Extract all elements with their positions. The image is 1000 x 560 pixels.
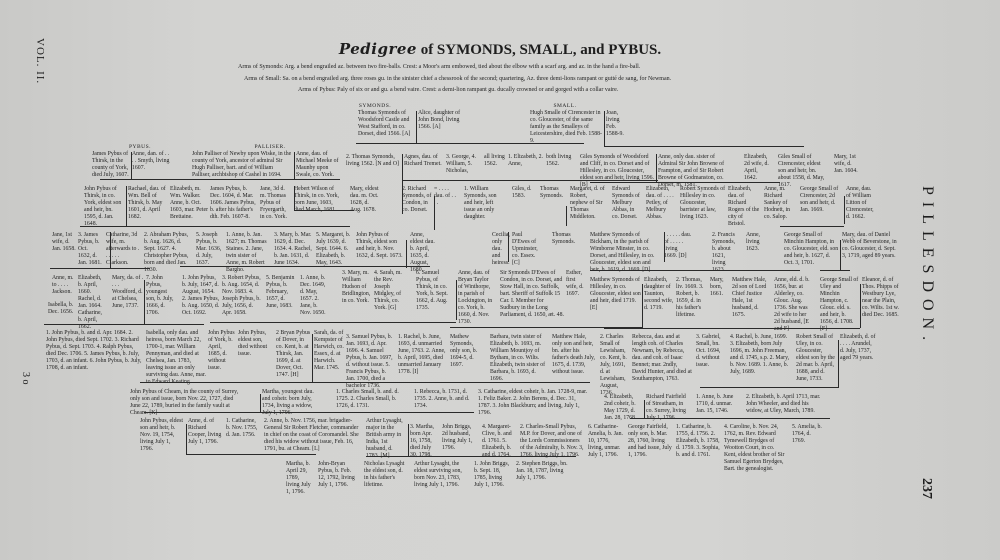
header-symonds: SYMONDS.	[345, 103, 405, 109]
entry-john-palliser: John Palliser of Newby upon Wiske, in th…	[192, 151, 292, 179]
entry-elizabeth-taunton: Elizabeth, daughter of Taunton, second w…	[644, 277, 674, 312]
entry-nicholas-lysaght: Nicholas Lysaght the eldest son, d. in h…	[364, 461, 406, 489]
arms-small: Arms of Small: Sa. on a bend engrailed a…	[244, 76, 671, 82]
descent-line	[312, 334, 313, 382]
sibling-line	[780, 226, 844, 227]
sibling-line	[590, 182, 780, 183]
entry-george-william-nicholas: 3. George, 4. William, 5. Nicholas,	[446, 154, 482, 175]
entry-joseph-pybus: 5. Joseph Pybus, b. Mar. 1636, d. July, …	[196, 232, 222, 267]
entry-anne-cooper: Anne, d. of Richard Cooper, living July …	[188, 418, 222, 446]
entry-pybus-children: 1. John Pybus, b. and d. Apr. 1684. 2. J…	[46, 330, 144, 372]
sibling-line	[630, 418, 830, 419]
descent-line	[840, 240, 841, 270]
sibling-line	[356, 143, 584, 144]
entry-elizabeth-rogers: Elizabeth, dau. of Richard Rogers of the…	[728, 186, 760, 228]
descent-line	[294, 186, 295, 210]
entry-mary-webb: Mary, dau. of Daniel Webb of Beverstone,…	[842, 232, 898, 260]
entry-elizabeth-arundel: Elizabeth, d. of . . . . Arundel, d. Jul…	[840, 334, 876, 362]
entry-anne-meeke: Anne, dau. of Michael Meeke of Maunby up…	[296, 151, 344, 179]
entry-anne-litton: Anne, dau. of William Litton of Cirences…	[846, 186, 874, 221]
descent-line	[860, 284, 861, 328]
entry-anne-fletcher: 2. Anne, b. Nov. 1756, mar. brigadier-Ge…	[264, 418, 364, 453]
sibling-line	[210, 322, 456, 323]
entry-james-pybus-2: 3. James Pybus, b. Oct. 1632, d. Jan. 16…	[78, 232, 102, 267]
descent-line	[508, 232, 509, 262]
entry-elizabeth-petley: Elizabeth, dau. of . . . . Petley, of Me…	[646, 186, 676, 221]
entry-thomas-robert: 2. Thomas, liv. 1669. 3. Robert, b. 1659…	[676, 277, 706, 319]
descent-line	[260, 394, 261, 412]
entry-thomas-symonds-4: Thomas Symonds.	[552, 232, 572, 246]
sibling-line	[144, 412, 474, 413]
entry-george-small-1: George Small of Cirencester, 2d son and …	[800, 186, 844, 214]
descent-line	[416, 111, 417, 143]
entry-anne-eld: Anne, eld. d. b. 1656, bur. at Alderley,…	[774, 277, 810, 333]
descent-line	[642, 284, 643, 328]
entry-amelia: 5. Amelia, b. 1764, d. 1769.	[792, 424, 822, 445]
header-pybus: PYBUS.	[110, 144, 170, 150]
sibling-line	[604, 328, 860, 329]
entry-george-fairfield: George Fairfield, only son, b. Mar. 28, …	[628, 424, 672, 459]
entry-mathew-symonds: Mathew Symonds, only son, b. 1694-5, d. …	[450, 334, 484, 369]
entry-mary-1st: Mary, 1st wife, d. Jan. 1604.	[834, 154, 860, 175]
entry-anne-jackson: Anne, m. to . . . . Jackson.	[52, 275, 74, 296]
entry-mary-born: Mary, born, 1661.	[710, 277, 728, 298]
descent-line	[402, 154, 403, 214]
entry-james-pybus-b: James Pybus, b. Dec. 1604, d. Mar. 1606.…	[210, 186, 256, 221]
arms-symonds: Arms of Symonds: Arg. a bend engrailed a…	[238, 64, 640, 70]
sibling-line	[590, 270, 800, 271]
entry-catharine-3d: Catharine, 3d wife, m. afterwards to . .…	[106, 232, 140, 267]
entry-catharine-amelia: 6. Catharine-Amelia, b. Jan. 10, 1776, l…	[588, 424, 624, 459]
entry-giles-symonds: Giles Symonds of Woodsford and Cliff, in…	[580, 154, 656, 189]
entry-all-living: all living 1562.	[484, 154, 506, 168]
descent-line	[838, 340, 839, 388]
entry-elizabeth-rachel: Elizabeth, b. April, 1660. Rachel, d. Ja…	[78, 275, 106, 331]
entry-both-living: both living 1562.	[546, 154, 576, 168]
entry-gabriel-small: 3. Gabriel, Small, bn. Oct. 1694, d. wit…	[696, 334, 726, 369]
entry-giles-d: Giles, d. 1583.	[512, 186, 536, 200]
descent-line	[186, 424, 187, 454]
entry-anne-taylor: Anne, dau. of Bryan Taylor of Winthorpe,…	[458, 270, 494, 326]
entry-anne-june: 1. Anne, b. June 1710, d. unmar. Jan. 15…	[696, 394, 740, 415]
entry-catharine-coheir: 3. Catharine, eldest coheir, b. Jan. 172…	[478, 389, 588, 417]
entry-agnes-tremet: Agnes, dau. of Richard Tremet.	[404, 154, 442, 168]
entry-charles-small: 2. Charles Small of Lewisham, co. Kent, …	[600, 334, 630, 397]
sibling-line	[366, 456, 576, 457]
entry-mary-eldest: Mary, eldest dau. m. Oct. 1628, d. Aug. …	[350, 186, 380, 214]
entry-john-pybus-eldest-heir: John Pybus, eldest son and heir, b. Nov.…	[140, 418, 184, 453]
entry-anne-jane-b: 1. Anne, b. Dec. 1649, d. May, 1657. 2. …	[300, 275, 328, 317]
entry-margaret-d: Margaret, d. of Robert, nephew of Sir Th…	[570, 186, 606, 221]
entry-barbara-twin: Barbara, twin sister of Elizabeth, b. 16…	[490, 334, 546, 383]
descent-line	[131, 152, 132, 180]
descent-line	[294, 152, 295, 180]
entry-isabella-heiress: Isabella, only dau. and heiress, born Ma…	[146, 330, 206, 386]
entry-anne-smyth: Anne, dan. of . . . . Smyth, living 1607…	[132, 151, 170, 172]
entry-arthur-lysaght-surviving: Arthur Lysaght, the eldest surviving son…	[414, 461, 470, 489]
entry-joan: Joan, living Feb. 1588-9.	[606, 110, 630, 138]
entry-mary-woodford: Mary, da. of . . . . Woodford, d. at Che…	[112, 275, 144, 310]
entry-thomas-symonds-3: Thomas Symonds.	[540, 186, 566, 200]
entry-rachel-elizabeth-mary: 4. Rachel, b. June, 1699. 3. Elizabeth, …	[730, 334, 790, 376]
entry-esther-first: Esther, first wife, d. 1697.	[566, 270, 586, 298]
descent-line	[126, 186, 127, 226]
entry-anne-jane-twin: 1. Anne, b. Jan. 1627; m. Thomas Staines…	[226, 232, 270, 274]
entry-dau-of: = . . . . dau. of . . . .	[434, 186, 458, 207]
sibling-line	[186, 454, 316, 455]
descent-line	[406, 240, 407, 268]
entry-elizabeth-walker: Elizabeth, m. Wm. Walker. Anne, b. Oct. …	[170, 186, 208, 221]
entry-anne-living: Anne, living 1623.	[746, 232, 766, 253]
entry-matthew-hale-2d: Matthew Hale, 2d son of Lord Chief Justi…	[732, 277, 772, 319]
arms-pybus: Arms of Pybus: Paly of six or and gu. a …	[298, 87, 618, 93]
sibling-line	[604, 146, 804, 147]
entry-arthur-lysaght-major: Arthur Lysaght, major in the British arm…	[366, 418, 406, 460]
descent-line	[456, 280, 457, 320]
entry-robert-joseph-pybus: 3. Robert Pybus, b. Aug. 1654, d. Nov. 1…	[222, 275, 262, 317]
descent-line	[644, 400, 645, 418]
entry-hugh-smalle: Hugh Smalle of Cirencester in co. Glouce…	[530, 110, 604, 145]
entry-sir-symonds-dewes: Sir Symonds D'Ewes of Condon, in co. Dor…	[500, 270, 564, 319]
entry-charles-small-pybus: 2. Charles-Small Pybus, M.P. for Dover, …	[520, 424, 584, 459]
descent-line	[110, 232, 111, 268]
descent-line	[408, 424, 409, 456]
entry-mary-rachel: 3. Mary, b. Mar. 1629, d. Dec. 1634. 4. …	[274, 232, 312, 267]
descent-line	[144, 280, 145, 324]
entry-anne-sankey: Anne, m. Richard Sankey of Hodnett, in c…	[764, 186, 792, 221]
entry-john-pybus-thirsk: John Pybus of Thirsk, in co. York, eldes…	[84, 186, 124, 228]
entry-caroline-brydges: 4. Caroline, b. Nov. 24, 1762, m. Rev. E…	[724, 424, 788, 473]
page-title: Pedigree of SYMONDS, SMALL, and PYBUS.	[0, 40, 1000, 59]
sibling-line	[44, 324, 204, 325]
sibling-line	[180, 266, 430, 267]
descent-line	[664, 232, 665, 262]
entry-samuel-pybus: 6. Samuel Pybus, of Thirsk, in co. York,…	[416, 270, 454, 312]
entry-margaret-elizabeth: 5. Margaret, b. July 1639, d. Sept. 1644…	[316, 232, 352, 267]
entry-george-small-uley: George Small of Uley and Minchin Hampton…	[820, 277, 860, 333]
entry-catharine-1755: 1. Catharine, b. Nov. 1755, d. Jan. 1756…	[226, 418, 260, 439]
header-small: SMALL.	[535, 103, 595, 109]
sibling-line	[700, 387, 838, 388]
entry-matthew-symonds-bick: Matthew Symonds of Bickham, in the paris…	[590, 232, 662, 274]
entry-elizabeth-2d: Elizabeth, 2d wife, d. April, 1642.	[744, 154, 770, 182]
entry-stephen-briggs: 2. Stephen Briggs, bn. Jan. 18, 1787, li…	[516, 461, 568, 482]
entry-john-briggs: John Briggs, 2d husband, living July 1, …	[442, 424, 476, 452]
entry-george-small-min: George Small of Minchin Hampton, in co. …	[784, 232, 840, 267]
descent-line	[604, 111, 605, 147]
page-number: 237	[918, 478, 934, 499]
title-prefix: Pedigree	[339, 40, 417, 58]
entry-elizabeth-wheeler: 2. Elizabeth, b. April 1713, mar. John W…	[746, 394, 822, 415]
entry-john-bryan-pybus: John-Bryan Pybus, b. Feb. 12, 1792, livi…	[318, 461, 358, 489]
entry-anne-eldest-dau: Anne, eldest dau. b. April, 1635, d. Aug…	[410, 232, 438, 274]
descent-line	[434, 196, 435, 230]
entry-benjamin-pybus: 5. Benjamin Pybus, b. February, 1657, d.…	[266, 275, 296, 310]
entry-sarah-midgley: 4. Sarah, m. the Rev. Joseph Midgley, of…	[374, 270, 404, 312]
entry-alice-bond: Alice, daughter of John Bond, living 156…	[418, 110, 466, 131]
entry-john-pybus-eldest-son: John Pybus, eldest son, died without iss…	[238, 330, 272, 358]
signature-mark: 3 o	[20, 372, 31, 385]
entry-paul-dewes: Paul D'Ewes of Upminster, co. Essex. [C]	[512, 232, 538, 267]
sibling-line	[402, 180, 658, 181]
entry-dau-of-living: . . . . . . dau. of . . . . . living 166…	[664, 232, 692, 260]
entry-thomas-symonds-1: Thomas Symonds of Woodsford Castle and W…	[358, 110, 414, 138]
entry-robert-small-uley: Robert Small of Uley, in co. Gloucester,…	[796, 334, 836, 383]
entry-robert-symonds: Robert Symonds of Hillesley in co. Glouc…	[680, 186, 726, 221]
entry-john-pybus-youngest: 7. John Pybus, youngest son, b. July, 16…	[146, 275, 176, 317]
entry-abraham-pybus: 2. Abraham Pybus, b. Aug. 1626, d. Sept.…	[144, 232, 192, 274]
entry-charles-small-2: 1. Charles Small, b. and. d. 1725. 2. Ch…	[336, 389, 400, 410]
entry-elizabeth-anne: 1. Elizabeth, 2. Anne,	[508, 154, 544, 168]
title-rest: of SYMONDS, SMALL, and PYBUS.	[421, 42, 661, 58]
entry-richard-symonds: 2. Richard Symonds, of Condon, in co. Do…	[402, 186, 432, 214]
entry-john-pybus-1647: 1. John Pybus, b. July, 1647, d. August,…	[182, 275, 220, 317]
entry-anne-browne: Anne, only dau. sister of Admiral Sir Jo…	[658, 154, 734, 189]
entry-rebecca-anne: 1. Rebecca, b. 1731, d. 1735. 2. Anne, b…	[414, 389, 470, 410]
sibling-line	[140, 382, 590, 383]
entry-martha-1758: 3. Martha, born Apr. 16, 1758, died July…	[410, 424, 438, 459]
entry-bryan-pybus: 2 Bryan Pybus of Dover, in co. Kent, b. …	[276, 330, 312, 379]
entry-jane-3d: Jane, 3d d. m. Thomas Pybus of Fryergart…	[260, 186, 290, 221]
entry-mary-hudson: 3. Mary, m. William Hudson of Bridlingto…	[342, 270, 370, 305]
entry-rachael-bell: Rachael, dau. of Wm. Bell of Thirsk, b. …	[128, 186, 166, 221]
entry-margaret-clive: 4. Margaret-Clive, b. and d. 1761. 5. El…	[482, 424, 516, 459]
document-page: VOL. II. 3 o PILLESDON. 237 Pedigree of …	[0, 0, 1000, 560]
entry-rachel-anne: 1. Rachel, b. June, 1693, d. unmarried J…	[398, 334, 446, 376]
entry-francis-symonds: 2. Francis Symonds, b. about 1621, livin…	[712, 232, 740, 274]
sibling-line	[294, 210, 354, 211]
entry-john-pybus-york: John Pybus of York, b. April, 1685, d. w…	[208, 330, 236, 372]
descent-line	[844, 196, 845, 224]
entry-edward-symonds: Edward Symonds of Melbury Abbas, in co. …	[612, 186, 642, 221]
descent-line	[566, 206, 567, 226]
entry-giles-small: Giles Small of Cirencester, eldest son a…	[778, 154, 828, 189]
header-palliser: PALLISER.	[240, 144, 300, 150]
place-heading: PILLESDON.	[918, 186, 936, 347]
entry-rebecca-newman: Rebecca, dau. and at length coh. of Char…	[632, 334, 692, 383]
entry-martha-1789: Martha, b. April 29, 1789, living July 1…	[286, 461, 312, 496]
entry-matthew-symonds-hil: Matthew Symonds of Hillesley, in co. Glo…	[590, 277, 642, 312]
sibling-line	[100, 179, 340, 180]
entry-catharine-elizabeth-sophia: 1. Catharine, b. 1755, d. 1756. 2. Eliza…	[676, 424, 720, 459]
entry-jane-1st-wife: Jane, 1st wife, d. Jan. 1658.	[52, 232, 76, 253]
entry-james-pybus: James Pybus of Thirsk, in the county of …	[92, 151, 130, 179]
entry-john-briggs-1785: 1. John Briggs, b. Sept. 18, 1785, livin…	[474, 461, 512, 489]
entry-eleanor-phipps: Eleanor, d. of Thos. Phipps of Westbury …	[862, 277, 902, 319]
entry-john-pybus-eldest: John Pybus of Thirsk, eldest son and hei…	[356, 232, 406, 260]
sibling-line	[820, 270, 850, 271]
sibling-line	[50, 268, 150, 269]
descent-line	[656, 154, 657, 182]
entry-william-symonds: 1. William Symonds, son and heir, left i…	[464, 186, 504, 221]
entry-sarah-kempster: Sarah, da. of Kempster of Harwich, co. E…	[314, 330, 344, 372]
entry-matthew-hale-only: Matthew Hale, only son and heir, bn. aft…	[552, 334, 596, 376]
entry-thomas-symonds-2: 2. Thomas Symonds, living 1562. [N and O…	[346, 154, 402, 168]
sibling-line	[80, 226, 350, 227]
entry-isabella-b: Isabella, b. Dec. 1656.	[48, 302, 74, 316]
